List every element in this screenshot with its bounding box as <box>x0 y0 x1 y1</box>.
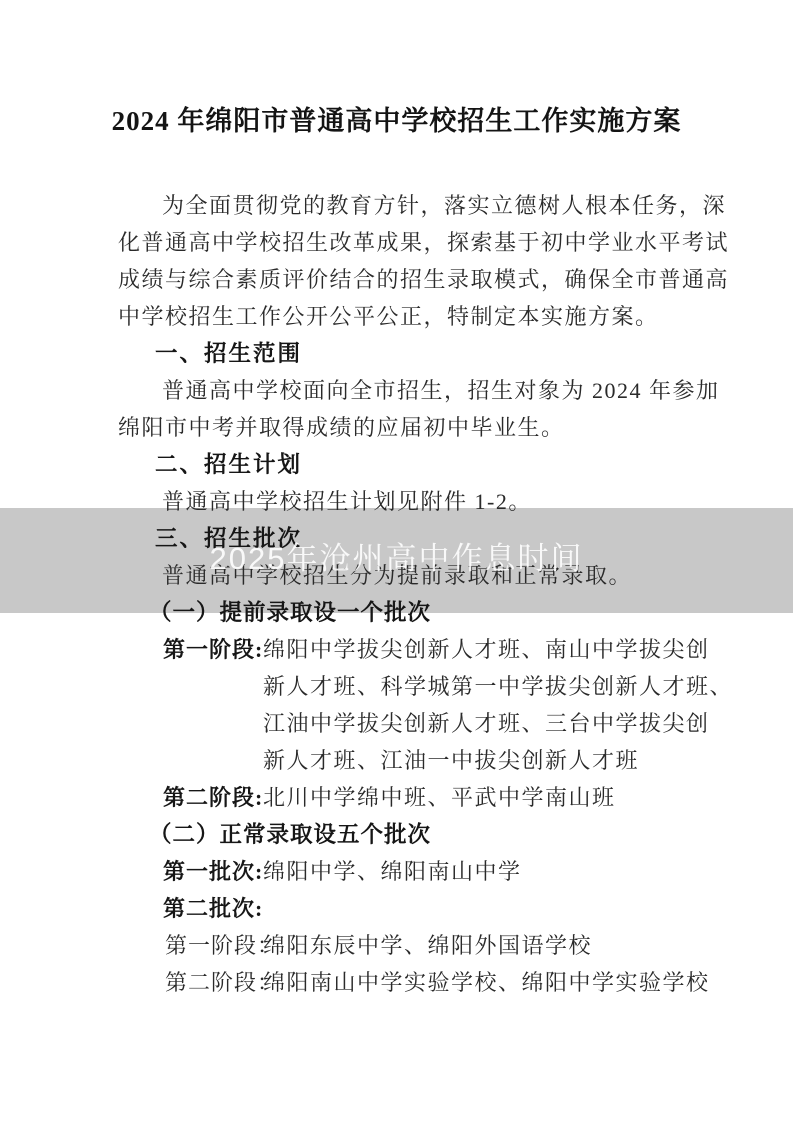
stage-line: 第一阶段: 绵阳中学拔尖创新人才班、南山中学拔尖创 <box>118 631 680 668</box>
section-heading-3: 三、招生批次 <box>118 520 680 557</box>
stage-line: 第一阶段： 绵阳东辰中学、绵阳外国语学校 <box>118 927 680 964</box>
stage-continuation: 江油中学拔尖创新人才班、三台中学拔尖创 <box>118 705 680 742</box>
paragraph-line: 绵阳市中考并取得成绩的应届初中毕业生。 <box>118 409 680 446</box>
paragraph-line: 为全面贯彻党的教育方针，落实立德树人根本任务，深 <box>118 187 680 224</box>
document-page: 2024 年绵阳市普通高中学校招生工作实施方案 为全面贯彻党的教育方针，落实立德… <box>0 0 793 1122</box>
stage-content: 北川中学绵中班、平武中学南山班 <box>263 785 616 810</box>
subsection-heading-1: （一）提前录取设一个批次 <box>118 594 680 631</box>
stage-continuation: 新人才班、科学城第一中学拔尖创新人才班、 <box>118 668 680 705</box>
stage-line: 第二阶段： 绵阳南山中学实验学校、绵阳中学实验学校 <box>118 964 680 1001</box>
batch-label: 第二批次: <box>163 890 263 927</box>
batch-content: 绵阳中学、绵阳南山中学 <box>263 859 522 884</box>
stage-label: 第二阶段： <box>165 964 280 1001</box>
stage-label: 第一阶段: <box>163 631 263 668</box>
paragraph-line: 化普通高中学校招生改革成果，探索基于初中学业水平考试 <box>118 224 680 261</box>
stage-content: 绵阳东辰中学、绵阳外国语学校 <box>263 933 592 958</box>
stage-line: 第二阶段: 北川中学绵中班、平武中学南山班 <box>118 779 680 816</box>
paragraph-line: 中学校招生工作公开公平公正，特制定本实施方案。 <box>118 298 680 335</box>
stage-continuation: 新人才班、江油一中拔尖创新人才班 <box>118 742 680 779</box>
section-heading-1: 一、招生范围 <box>118 335 680 372</box>
stage-label: 第一阶段： <box>165 927 280 964</box>
stage-content: 绵阳中学拔尖创新人才班、南山中学拔尖创 <box>263 637 710 662</box>
paragraph-line: 成绩与综合素质评价结合的招生录取模式，确保全市普通高 <box>118 261 680 298</box>
document-title: 2024 年绵阳市普通高中学校招生工作实施方案 <box>0 100 793 142</box>
batch-label: 第一批次: <box>163 853 263 890</box>
paragraph-line: 普通高中学校面向全市招生，招生对象为 2024 年参加 <box>118 372 680 409</box>
section-heading-2: 二、招生计划 <box>118 446 680 483</box>
stage-content: 绵阳南山中学实验学校、绵阳中学实验学校 <box>263 970 710 995</box>
batch-line: 第一批次: 绵阳中学、绵阳南山中学 <box>118 853 680 890</box>
batch-line: 第二批次: <box>118 890 680 927</box>
paragraph-line: 普通高中学校招生计划见附件 1-2。 <box>118 483 680 520</box>
stage-label: 第二阶段: <box>163 779 263 816</box>
document-body: 为全面贯彻党的教育方针，落实立德树人根本任务，深 化普通高中学校招生改革成果，探… <box>118 187 680 1001</box>
paragraph-line: 普通高中学校招生分为提前录取和正常录取。 <box>118 557 680 594</box>
subsection-heading-2: （二）正常录取设五个批次 <box>118 816 680 853</box>
